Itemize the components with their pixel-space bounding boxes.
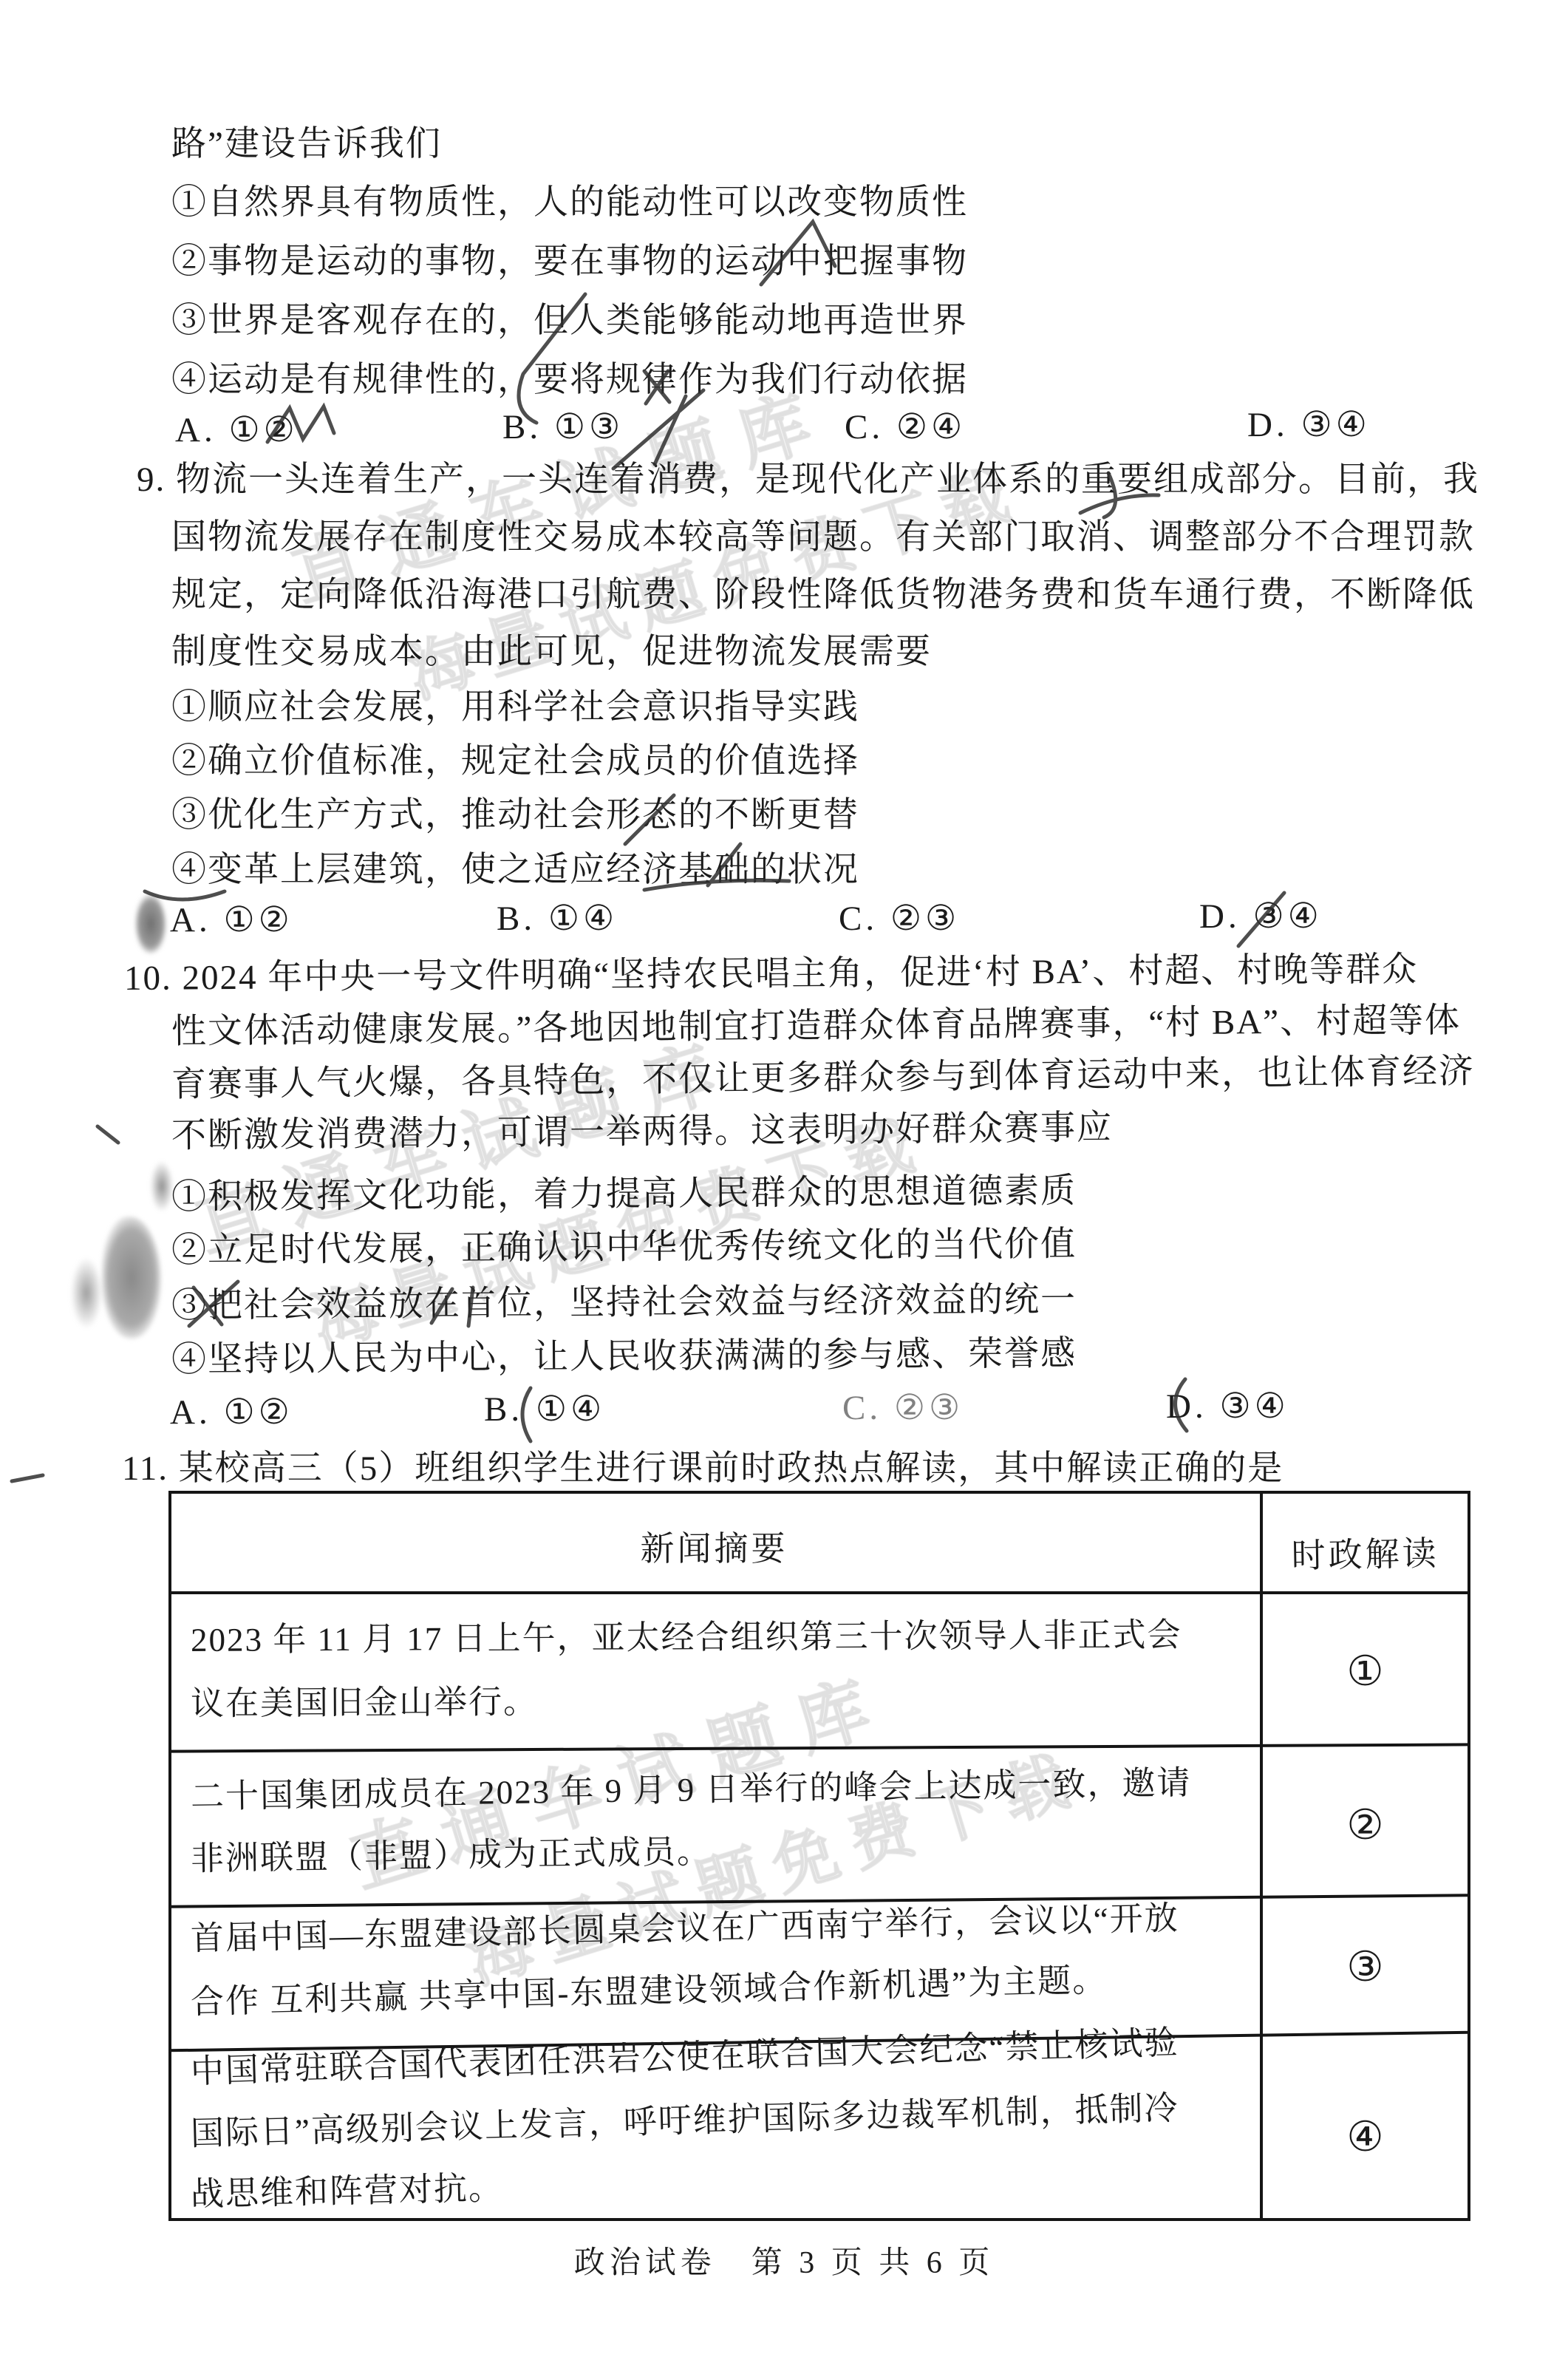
row-1-mark: ① xyxy=(1260,1647,1470,1696)
q8-item-4: ④运动是有规律性的，要将规律作为我们行动依据 xyxy=(171,360,968,400)
ink-smudge-4 xyxy=(71,1258,102,1328)
q9-stem-line-4: 制度性交易成本。由此可见，促进物流发展需要 xyxy=(171,632,932,672)
table-column-divider xyxy=(1260,1491,1263,2221)
q8-item-3: ③世界是客观存在的，但人类能够能动地再造世界 xyxy=(171,301,968,341)
q8-item-2: ②事物是运动的事物，要在事物的运动中把握事物 xyxy=(171,242,968,282)
news-row-1-line-2: 议在美国旧金山举行。 xyxy=(191,1684,538,1723)
page-footer: 政治试卷 第 3 页 共 6 页 xyxy=(0,2238,1568,2282)
pen-mark-slash-q8-option-b xyxy=(613,390,703,469)
news-row-2-line-2: 非洲联盟（非盟）成为正式成员。 xyxy=(191,1834,712,1877)
row-4-mark: ④ xyxy=(1260,2113,1470,2161)
table-header-interpretation: 时政解读 xyxy=(1259,1526,1470,1579)
pen-mark-margin-dash-q11 xyxy=(12,1475,43,1481)
q10-option-c: C. ②③ xyxy=(842,1390,964,1428)
q10-item-3: ③把社会效益放在首位，坚持社会效益与经济效益的统一 xyxy=(171,1279,1077,1326)
news-row-1-line-1: 2023 年 11 月 17 日上午，亚太经合组织第三十次领导人非正式会 xyxy=(191,1617,1182,1659)
q10-stem-line-1: 10. 2024 年中央一号文件明确“坚持农民唱主角，促进‘村 BA’、村超、村… xyxy=(124,950,1419,999)
q9-stem-line-1: 9. 物流一头连着生产，一头连着消费，是现代化产业体系的重要组成部分。目前，我 xyxy=(137,460,1479,500)
news-row-4-line-3: 战思维和阵营对抗。 xyxy=(190,2170,503,2213)
news-table: 新闻摘要 时政解读 2023 年 11 月 17 日上午，亚太经合组织第三十次领… xyxy=(168,1491,1470,2221)
q9-option-b: B. ①④ xyxy=(497,900,618,939)
q9-stem-line-3: 规定，定向降低沿海港口引航费、阶段性降低货物港务费和货车通行费，不断降低 xyxy=(171,575,1475,615)
q9-option-d: D. ③④ xyxy=(1199,898,1323,936)
ink-smudge-1 xyxy=(135,894,166,953)
q11-stem: 11. 某校高三（5）班组织学生进行课前时政热点解读，其中解读正确的是 xyxy=(122,1449,1284,1489)
q8-option-a: A. ①② xyxy=(175,412,299,450)
q8-continuation-line: 路”建设告诉我们 xyxy=(171,124,442,164)
q9-option-a: A. ①② xyxy=(170,902,293,940)
q10-option-a: A. ①② xyxy=(170,1394,293,1432)
q8-option-b: B. ①③ xyxy=(502,409,624,447)
q9-item-4: ④变革上层建筑，使之适应经济基础的状况 xyxy=(171,850,859,890)
q10-stem-line-3: 育赛事人气火爆，各具特色，不仅让更多群众参与到体育运动中来，也让体育经济 xyxy=(171,1052,1475,1106)
q9-item-1: ①顺应社会发展，用科学社会意识指导实践 xyxy=(171,687,859,727)
q8-option-d: D. ③④ xyxy=(1247,407,1371,445)
ink-smudge-2 xyxy=(102,1217,161,1339)
q9-item-2: ②确立价值标准，规定社会成员的价值选择 xyxy=(171,741,859,781)
table-row-divider-1 xyxy=(168,1591,1470,1594)
q10-stem-line-2: 性文体活动健康发展。”各地因地制宜打造群众体育品牌赛事，“村 BA”、村超等体 xyxy=(171,1001,1462,1052)
exam-page: 直通车试题库 海量试题免费下载 直通车试题库 海量试题免费下载 直通车试题库 海… xyxy=(0,0,1568,2357)
q8-option-c: C. ②④ xyxy=(845,409,966,447)
q10-item-2: ②立足时代发展，正确认识中华优秀传统文化的当代价值 xyxy=(171,1224,1077,1271)
row-2-mark: ② xyxy=(1260,1801,1470,1849)
q10-item-1: ①积极发挥文化功能，着力提高人民群众的思想道德素质 xyxy=(171,1171,1077,1217)
table-header-news: 新闻摘要 xyxy=(168,1522,1260,1571)
q9-stem-line-2: 国物流发展存在制度性交易成本较高等问题。有关部门取消、调整部分不合理罚款 xyxy=(171,517,1475,557)
q10-option-d: D. ③④ xyxy=(1166,1388,1289,1426)
q10-option-b: B. ①④ xyxy=(484,1391,605,1429)
q8-item-1: ①自然界具有物质性，人的能动性可以改变物质性 xyxy=(171,183,968,222)
pen-mark-tick-q10-stem4 xyxy=(98,1126,118,1143)
ink-smudge-3 xyxy=(151,1162,173,1211)
q10-stem-line-4: 不断激发消费潜力，可谓一举两得。这表明办好群众赛事应 xyxy=(171,1108,1113,1156)
q9-item-3: ③优化生产方式，推动社会形态的不断更替 xyxy=(171,795,859,835)
q10-item-4: ④坚持以人民为中心，让人民收获满满的参与感、荣誉感 xyxy=(171,1333,1077,1380)
q9-option-c: C. ②③ xyxy=(839,900,960,939)
row-3-mark: ③ xyxy=(1260,1943,1470,1991)
